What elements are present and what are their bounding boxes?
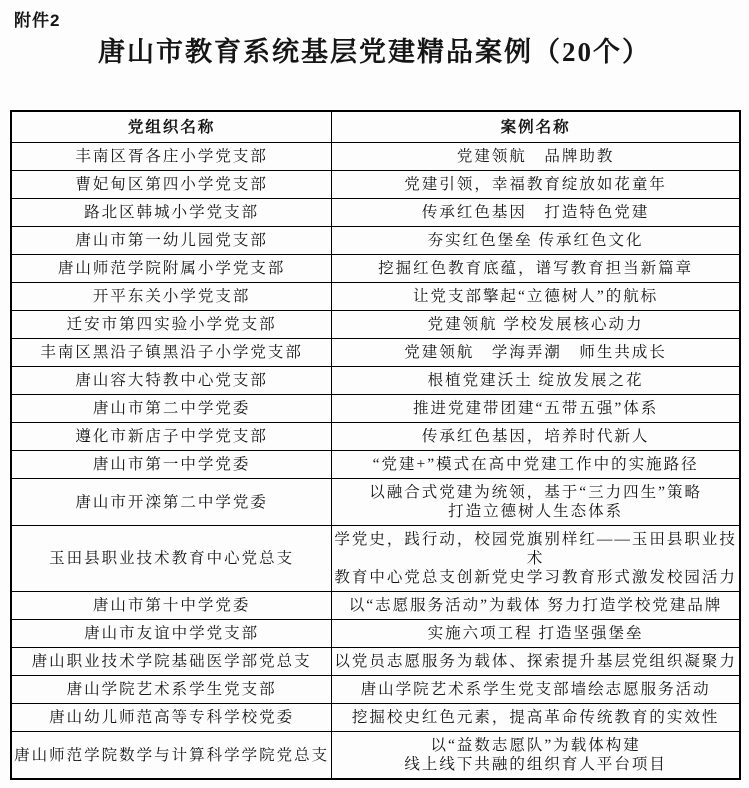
org-cell: 迁安市第四实验小学党支部 bbox=[11, 311, 332, 339]
cases-table: 党组织名称 案例名称 丰南区胥各庄小学党支部党建领航 品牌助教曹妃甸区第四小学党… bbox=[10, 110, 741, 780]
table-row: 玉田县职业技术教育中心党总支学党史，践行动，校园党旗别样红——玉田县职业技术教育… bbox=[11, 526, 740, 592]
col-header-org: 党组织名称 bbox=[11, 111, 332, 143]
table-row: 丰南区黑沿子镇黑沿子小学党支部党建领航 学海弄潮 师生共成长 bbox=[11, 339, 740, 367]
case-line: 线上线下共融的组织育人平台项目 bbox=[334, 755, 737, 774]
case-line: 挖掘红色教育底蕴，谱写教育担当新篇章 bbox=[334, 259, 737, 278]
case-line: “党建+”模式在高中党建工作中的实施路径 bbox=[334, 455, 737, 474]
col-header-case: 案例名称 bbox=[332, 111, 740, 143]
table-body: 丰南区胥各庄小学党支部党建领航 品牌助教曹妃甸区第四小学党支部党建引领，幸福教育… bbox=[11, 143, 740, 780]
case-cell: 传承红色基因，培养时代新人 bbox=[332, 423, 740, 451]
attachment-label: 附件2 bbox=[14, 6, 60, 31]
case-line: 党建引领，幸福教育绽放如花童年 bbox=[334, 175, 737, 194]
table-row: 唐山师范学院附属小学党支部挖掘红色教育底蕴，谱写教育担当新篇章 bbox=[11, 255, 740, 283]
org-cell: 唐山幼儿师范高等专科学校党委 bbox=[11, 704, 332, 732]
case-line: 党建领航 学海弄潮 师生共成长 bbox=[334, 343, 737, 362]
table-row: 唐山学院艺术系学生党支部唐山学院艺术系学生党支部墙绘志愿服务活动 bbox=[11, 676, 740, 704]
case-cell: 党建领航 学海弄潮 师生共成长 bbox=[332, 339, 740, 367]
case-cell: 以“志愿服务活动”为载体 努力打造学校党建品牌 bbox=[332, 592, 740, 620]
org-cell: 唐山市第十中学党委 bbox=[11, 592, 332, 620]
case-cell: 实施六项工程 打造坚强堡垒 bbox=[332, 620, 740, 648]
org-cell: 丰南区胥各庄小学党支部 bbox=[11, 143, 332, 171]
page-title: 唐山市教育系统基层党建精品案例（20个） bbox=[0, 30, 749, 69]
table-row: 唐山市开滦第二中学党委以融合式党建为统领，基于“三力四生”策略打造立德树人生态体… bbox=[11, 479, 740, 526]
org-cell: 丰南区黑沿子镇黑沿子小学党支部 bbox=[11, 339, 332, 367]
case-line: 学党史，践行动，校园党旗别样红——玉田县职业技 bbox=[334, 530, 737, 549]
case-cell: 挖掘校史红色元素，提高革命传统教育的实效性 bbox=[332, 704, 740, 732]
case-cell: 推进党建带团建“五带五强”体系 bbox=[332, 395, 740, 423]
org-cell: 唐山师范学院附属小学党支部 bbox=[11, 255, 332, 283]
org-cell: 开平东关小学党支部 bbox=[11, 283, 332, 311]
case-cell: 学党史，践行动，校园党旗别样红——玉田县职业技术教育中心党总支创新党史学习教育形… bbox=[332, 526, 740, 592]
org-cell: 唐山市第一中学党委 bbox=[11, 451, 332, 479]
table-header-row: 党组织名称 案例名称 bbox=[11, 111, 740, 143]
org-cell: 唐山市友谊中学党支部 bbox=[11, 620, 332, 648]
case-cell: 以“益数志愿队”为载体构建线上线下共融的组织育人平台项目 bbox=[332, 732, 740, 780]
case-line: 以“益数志愿队”为载体构建 bbox=[334, 736, 737, 755]
case-line: 挖掘校史红色元素，提高革命传统教育的实效性 bbox=[334, 708, 737, 727]
table-row: 唐山市第一幼儿园党支部夯实红色堡垒 传承红色文化 bbox=[11, 227, 740, 255]
case-line: 传承红色基因，培养时代新人 bbox=[334, 427, 737, 446]
case-line: 实施六项工程 打造坚强堡垒 bbox=[334, 624, 737, 643]
case-cell: 根植党建沃土 绽放发展之花 bbox=[332, 367, 740, 395]
org-cell: 唐山师范学院数学与计算科学学院党总支 bbox=[11, 732, 332, 780]
org-cell: 唐山容大特教中心党支部 bbox=[11, 367, 332, 395]
org-cell: 唐山市第二中学党委 bbox=[11, 395, 332, 423]
org-cell: 唐山市开滦第二中学党委 bbox=[11, 479, 332, 526]
case-cell: 唐山学院艺术系学生党支部墙绘志愿服务活动 bbox=[332, 676, 740, 704]
case-line: 以融合式党建为统领，基于“三力四生”策略 bbox=[334, 483, 737, 502]
table-row: 唐山市第十中学党委以“志愿服务活动”为载体 努力打造学校党建品牌 bbox=[11, 592, 740, 620]
org-cell: 遵化市新店子中学党支部 bbox=[11, 423, 332, 451]
table-row: 曹妃甸区第四小学党支部党建引领，幸福教育绽放如花童年 bbox=[11, 171, 740, 199]
case-line: 唐山学院艺术系学生党支部墙绘志愿服务活动 bbox=[334, 680, 737, 699]
case-cell: 传承红色基因 打造特色党建 bbox=[332, 199, 740, 227]
case-line: 传承红色基因 打造特色党建 bbox=[334, 203, 737, 222]
table-row: 遵化市新店子中学党支部传承红色基因，培养时代新人 bbox=[11, 423, 740, 451]
case-line: 根植党建沃土 绽放发展之花 bbox=[334, 371, 737, 390]
table-row: 路北区韩城小学党支部传承红色基因 打造特色党建 bbox=[11, 199, 740, 227]
table-row: 唐山市友谊中学党支部实施六项工程 打造坚强堡垒 bbox=[11, 620, 740, 648]
table-row: 唐山市第二中学党委推进党建带团建“五带五强”体系 bbox=[11, 395, 740, 423]
org-cell: 唐山职业技术学院基础医学部党总支 bbox=[11, 648, 332, 676]
org-cell: 玉田县职业技术教育中心党总支 bbox=[11, 526, 332, 592]
case-cell: 以融合式党建为统领，基于“三力四生”策略打造立德树人生态体系 bbox=[332, 479, 740, 526]
case-cell: “党建+”模式在高中党建工作中的实施路径 bbox=[332, 451, 740, 479]
table-row: 唐山职业技术学院基础医学部党总支以党员志愿服务为载体、探索提升基层党组织凝聚力 bbox=[11, 648, 740, 676]
table-row: 唐山容大特教中心党支部根植党建沃土 绽放发展之花 bbox=[11, 367, 740, 395]
case-cell: 党建领航 学校发展核心动力 bbox=[332, 311, 740, 339]
case-line: 打造立德树人生态体系 bbox=[334, 502, 737, 521]
document-page: 附件2 唐山市教育系统基层党建精品案例（20个） 党组织名称 案例名称 丰南区胥… bbox=[0, 0, 749, 788]
case-line: 术 bbox=[334, 549, 737, 568]
table-row: 唐山幼儿师范高等专科学校党委挖掘校史红色元素，提高革命传统教育的实效性 bbox=[11, 704, 740, 732]
org-cell: 路北区韩城小学党支部 bbox=[11, 199, 332, 227]
case-cell: 党建引领，幸福教育绽放如花童年 bbox=[332, 171, 740, 199]
case-line: 让党支部擎起“立德树人”的航标 bbox=[334, 287, 737, 306]
table-row: 丰南区胥各庄小学党支部党建领航 品牌助教 bbox=[11, 143, 740, 171]
table-row: 迁安市第四实验小学党支部党建领航 学校发展核心动力 bbox=[11, 311, 740, 339]
case-cell: 党建领航 品牌助教 bbox=[332, 143, 740, 171]
case-line: 党建领航 品牌助教 bbox=[334, 147, 737, 166]
org-cell: 唐山市第一幼儿园党支部 bbox=[11, 227, 332, 255]
table-row: 唐山师范学院数学与计算科学学院党总支以“益数志愿队”为载体构建线上线下共融的组织… bbox=[11, 732, 740, 780]
table-row: 唐山市第一中学党委“党建+”模式在高中党建工作中的实施路径 bbox=[11, 451, 740, 479]
org-cell: 曹妃甸区第四小学党支部 bbox=[11, 171, 332, 199]
case-cell: 夯实红色堡垒 传承红色文化 bbox=[332, 227, 740, 255]
case-cell: 以党员志愿服务为载体、探索提升基层党组织凝聚力 bbox=[332, 648, 740, 676]
case-line: 以党员志愿服务为载体、探索提升基层党组织凝聚力 bbox=[334, 652, 737, 671]
case-line: 夯实红色堡垒 传承红色文化 bbox=[334, 231, 737, 250]
case-cell: 让党支部擎起“立德树人”的航标 bbox=[332, 283, 740, 311]
case-cell: 挖掘红色教育底蕴，谱写教育担当新篇章 bbox=[332, 255, 740, 283]
org-cell: 唐山学院艺术系学生党支部 bbox=[11, 676, 332, 704]
case-line: 党建领航 学校发展核心动力 bbox=[334, 315, 737, 334]
case-line: 教育中心党总支创新党史学习教育形式激发校园活力 bbox=[334, 568, 737, 587]
case-line: 以“志愿服务活动”为载体 努力打造学校党建品牌 bbox=[334, 596, 737, 615]
table-row: 开平东关小学党支部让党支部擎起“立德树人”的航标 bbox=[11, 283, 740, 311]
case-line: 推进党建带团建“五带五强”体系 bbox=[334, 399, 737, 418]
